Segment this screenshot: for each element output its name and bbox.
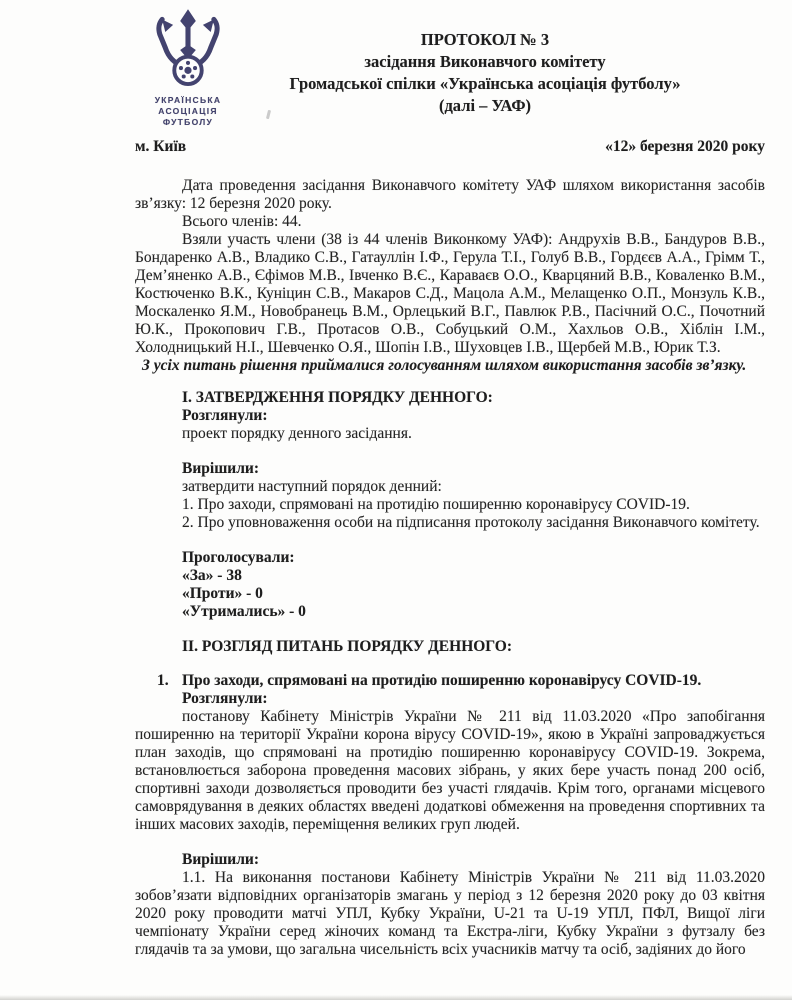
agenda-item-1-number: 1.	[157, 672, 182, 690]
agenda-item-1-considered-block: Розглянули:	[182, 690, 765, 708]
section-2-heading: ІІ. РОЗГЛЯД ПИТАНЬ ПОРЯДКУ ДЕННОГО:	[182, 638, 765, 656]
agenda-item-1-decided-block: Вирішили:	[182, 851, 765, 869]
considered-label: Розглянули:	[182, 407, 765, 425]
section-1-agenda-approval: І. ЗАТВЕРДЖЕННЯ ПОРЯДКУ ДЕННОГО: Розглян…	[182, 389, 765, 656]
paragraph-total-members: Всього членів: 44.	[135, 213, 765, 231]
title-line-abbreviation: (далі – УАФ)	[205, 95, 765, 117]
considered-text: проект порядку денного засідання.	[182, 425, 765, 443]
place-date-row: м. Київ «12» березня 2020 року	[135, 138, 765, 156]
scan-bottom-edge	[0, 995, 792, 1000]
paragraph-voting-note: З усіх питань рішення приймалися голосув…	[135, 357, 765, 375]
agenda-item: 2. Про уповноваження особи на підписання…	[182, 514, 765, 532]
considered-text: постанову Кабінету Міністрів України № 2…	[135, 708, 765, 834]
agenda-item-1-heading: 1. Про заходи, спрямовані на протидію по…	[157, 672, 765, 690]
logo-caption-line: ФУТБОЛУ	[124, 117, 252, 128]
vote-label: Проголосували:	[182, 549, 765, 567]
document-title: ПРОТОКОЛ № 3 засідання Виконавчого коміт…	[205, 29, 765, 117]
decided-label: Вирішили:	[182, 460, 765, 478]
considered-label: Розглянули:	[182, 690, 765, 708]
decided-label: Вирішили:	[182, 851, 765, 869]
decided-text: 1.1. На виконання постанови Кабінету Мін…	[135, 869, 765, 959]
paragraph-participants: Взяли участь члени (38 із 44 членів Вико…	[135, 231, 765, 357]
title-line-organization: Громадської спілки «Українська асоціація…	[205, 73, 765, 95]
section-1-heading: І. ЗАТВЕРДЖЕННЯ ПОРЯДКУ ДЕННОГО:	[182, 389, 765, 407]
document-date: «12» березня 2020 року	[605, 138, 765, 156]
agenda-item: 1. Про заходи, спрямовані на протидію по…	[182, 496, 765, 514]
document-place: м. Київ	[135, 138, 186, 156]
decided-intro: затвердити наступний порядок денний:	[182, 478, 765, 496]
title-line-meeting: засідання Виконавчого комітету	[205, 51, 765, 73]
paragraph-meeting-info: Дата проведення засідання Виконавчого ко…	[135, 177, 765, 213]
document-body: Дата проведення засідання Виконавчого ко…	[135, 177, 765, 959]
document-page: УКРАЇНСЬКА АСОЦІАЦІЯ ФУТБОЛУ ПРОТОКОЛ № …	[0, 0, 792, 1000]
vote-against: «Проти» - 0	[182, 585, 765, 603]
agenda-item-1-title: Про заходи, спрямовані на протидію пошир…	[182, 672, 701, 690]
vote-abstained: «Утримались» - 0	[182, 603, 765, 621]
document-header: УКРАЇНСЬКА АСОЦІАЦІЯ ФУТБОЛУ ПРОТОКОЛ № …	[0, 0, 792, 132]
title-line-protocol-number: ПРОТОКОЛ № 3	[205, 29, 765, 51]
vote-for: «За» - 38	[182, 567, 765, 585]
